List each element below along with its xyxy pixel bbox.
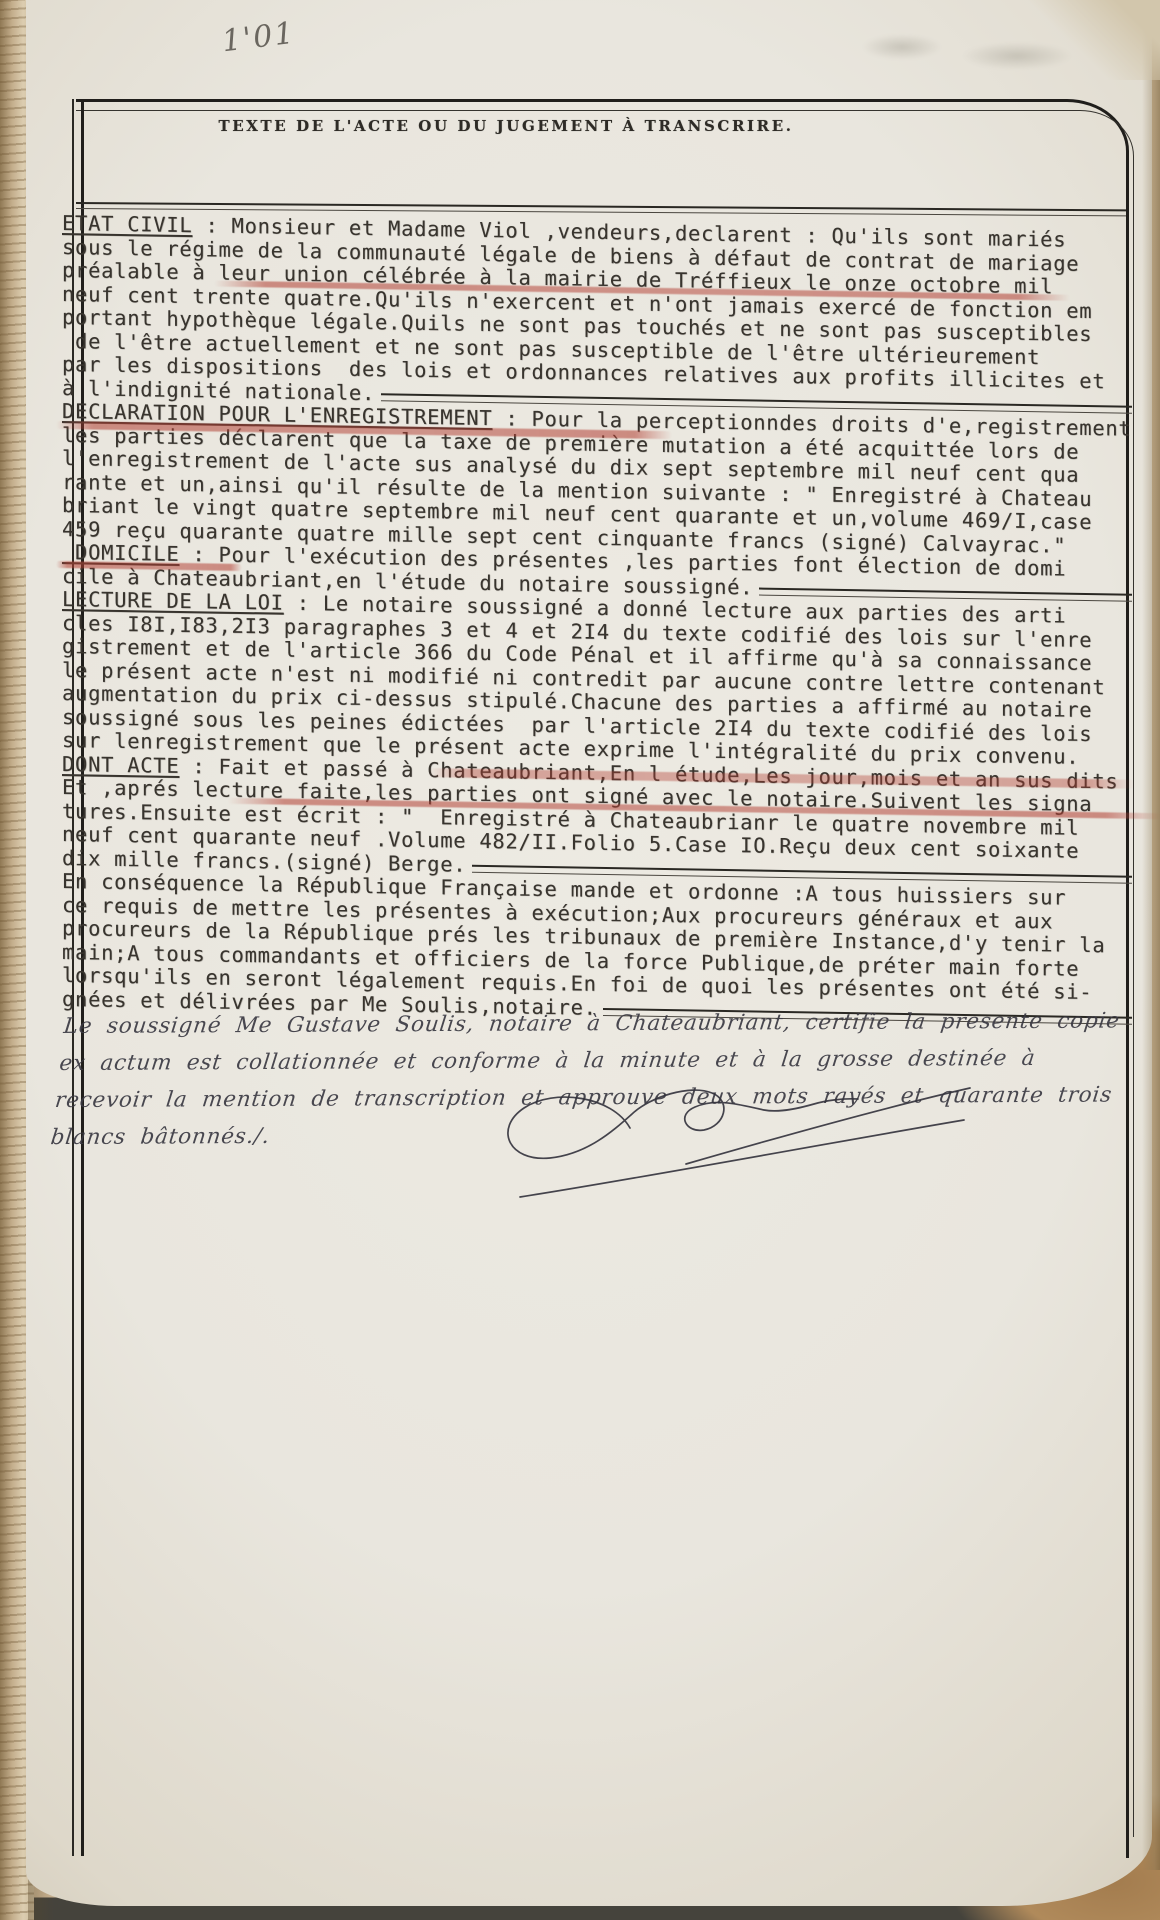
handwritten-line: Le soussigné Me Gustave Soulis, notaire … [62,1002,1126,1045]
faint-stamp-mark [862,34,942,60]
section-heading: DONT ACTE [62,753,179,778]
paper-right-edge [1142,0,1160,1870]
form-section-title: TEXTE DE L'ACTE OU DU JUGEMENT À TRANSCR… [76,117,1126,135]
section-heading: ETAT CIVIL [62,212,192,238]
notary-signature [462,1068,982,1203]
typed-act-text: ETAT CIVIL : Monsieur et Madame Viol ,ve… [62,212,1134,1029]
scanned-notarial-register-page: 1'01 TEXTE DE L'ACTE OU DU JUGEMENT À TR… [0,0,1160,1920]
faint-stamp-mark [962,42,1072,70]
